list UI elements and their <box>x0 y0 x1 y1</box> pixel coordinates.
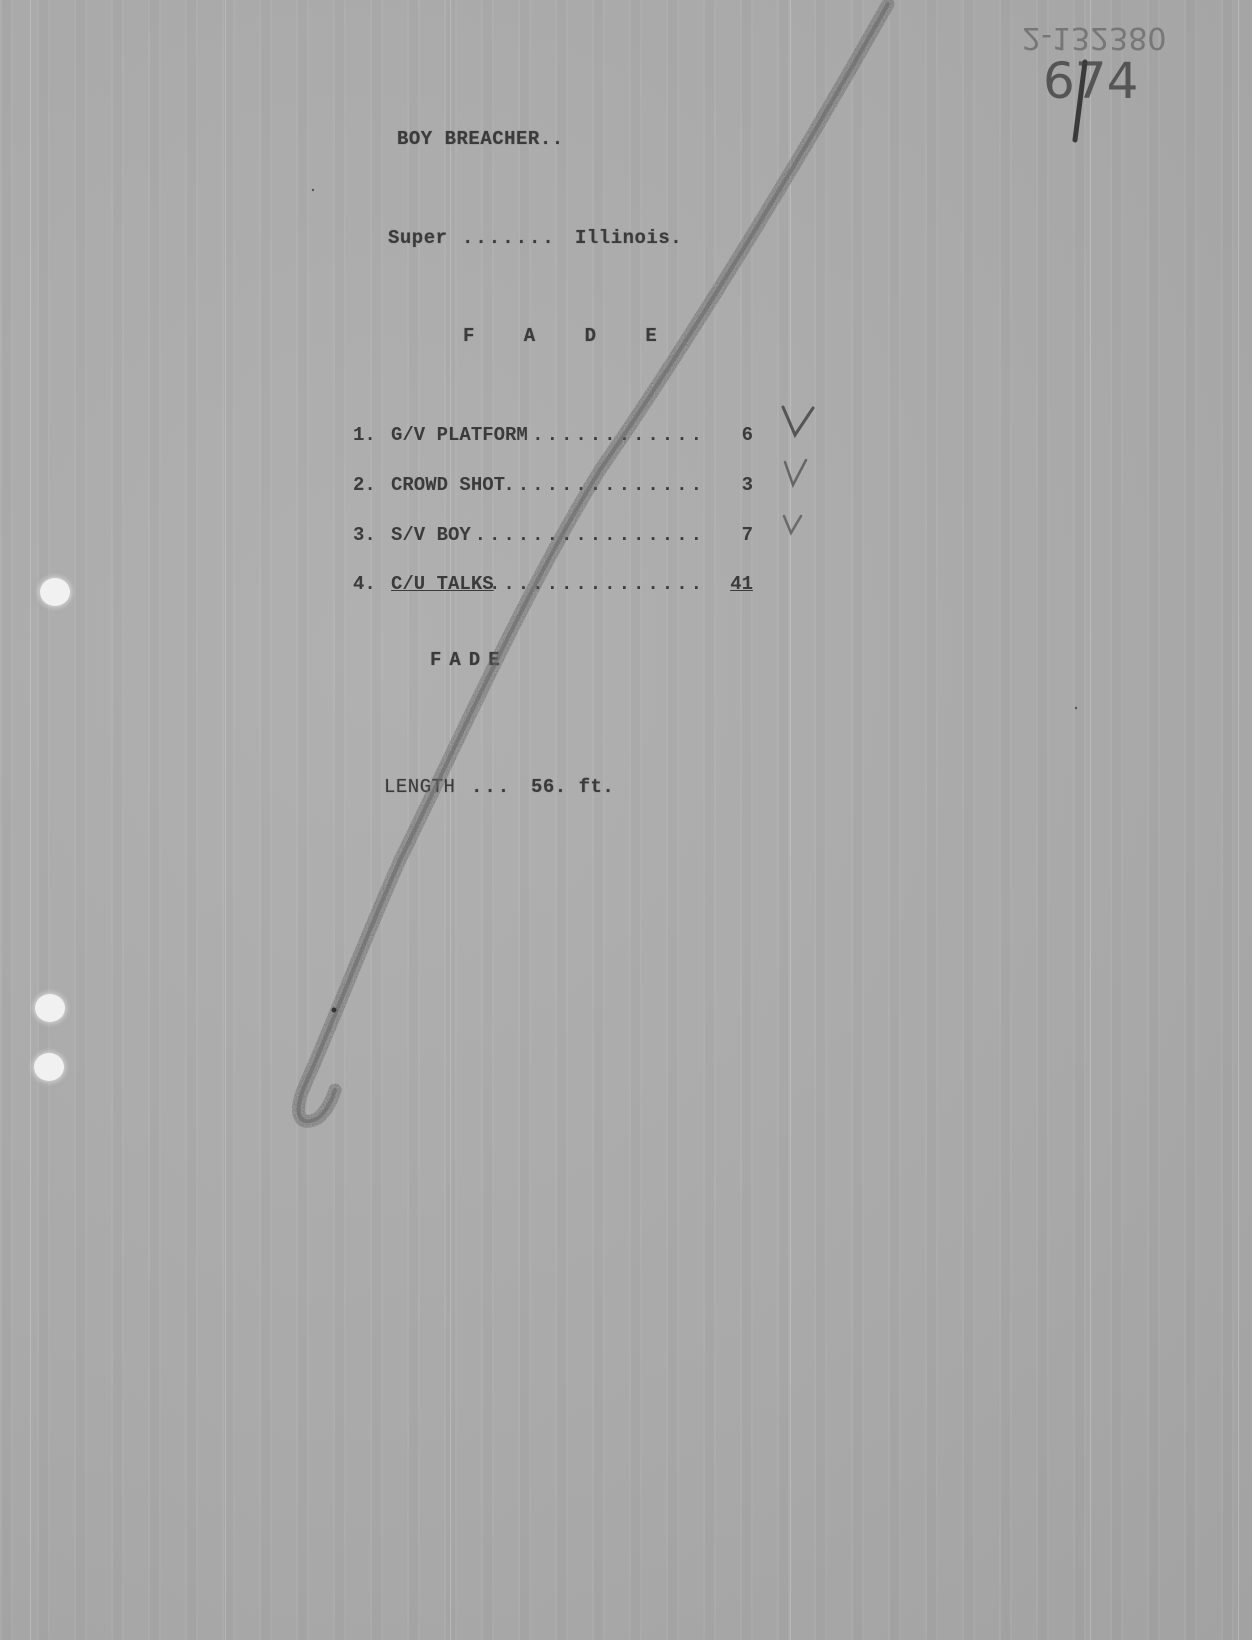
annotation-layer <box>0 0 1252 1640</box>
check-mark-icon <box>784 516 801 533</box>
check-mark-icon <box>783 407 813 435</box>
ink-speck <box>1075 707 1077 709</box>
ink-speck <box>332 1008 337 1013</box>
pencil-strike-through-icon <box>299 4 888 1121</box>
check-mark-icon <box>785 460 806 485</box>
ink-speck <box>312 189 314 191</box>
pen-slash-icon <box>1075 62 1085 140</box>
